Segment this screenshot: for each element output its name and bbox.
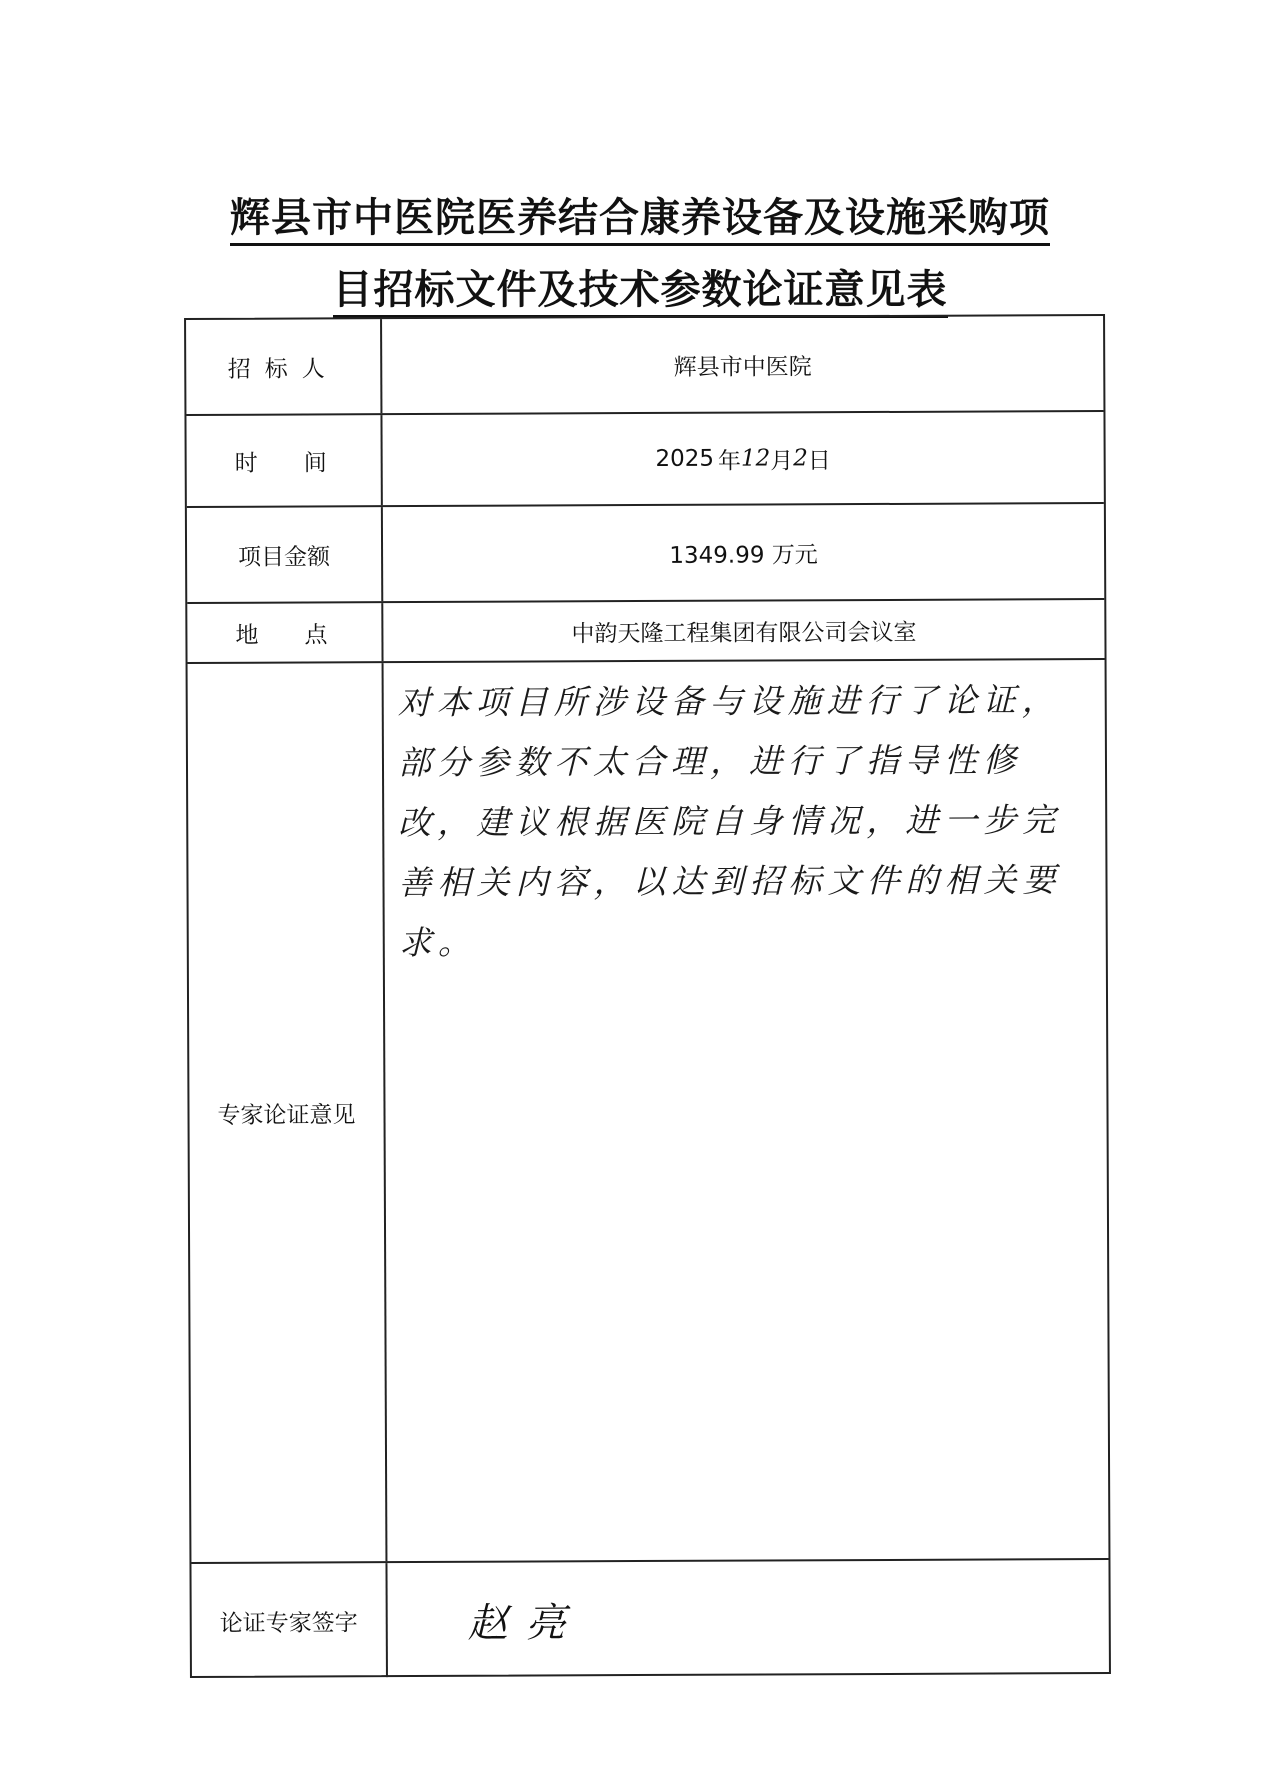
expert-signature: 赵亮 — [387, 1560, 1108, 1677]
row-location: 地点 中韵天隆工程集团有限公司会议室 — [187, 600, 1104, 664]
value-amount: 1349.99 万元 — [383, 504, 1104, 601]
handwritten-opinion: 对本项目所涉设备与设施进行了论证，部分参数不太合理，进行了指导性修改，建议根据医… — [398, 670, 1096, 973]
value-location: 中韵天隆工程集团有限公司会议室 — [383, 600, 1104, 661]
row-time: 时间 2025 年 12 月 2 日 — [186, 412, 1103, 508]
date-month: 12 — [741, 445, 770, 471]
document-title-line-2: 目招标文件及技术参数论证意见表 — [0, 258, 1280, 315]
opinion-table: 招标人 辉县市中医院 时间 2025 年 12 月 2 日 项目金额 1349.… — [184, 314, 1111, 1678]
value-tenderer: 辉县市中医院 — [382, 316, 1103, 413]
label-location: 地点 — [187, 603, 383, 662]
label-amount: 项目金额 — [187, 507, 383, 602]
label-signature: 论证专家签字 — [191, 1563, 387, 1678]
row-expert-opinion: 专家论证意见 对本项目所涉设备与设施进行了论证，部分参数不太合理，进行了指导性修… — [188, 660, 1109, 1564]
label-time: 时间 — [186, 415, 382, 506]
year-unit: 年 — [718, 442, 741, 475]
row-tenderer: 招标人 辉县市中医院 — [186, 316, 1103, 416]
month-unit: 月 — [770, 442, 793, 475]
value-time: 2025 年 12 月 2 日 — [382, 412, 1103, 505]
title-text-2: 目招标文件及技术参数论证意见表 — [333, 266, 948, 318]
row-signature: 论证专家签字 赵亮 — [191, 1560, 1108, 1678]
document-title-line-1: 辉县市中医院医养结合康养设备及设施采购项 — [0, 186, 1280, 243]
date-day: 2 — [793, 445, 808, 471]
expert-opinion-area: 对本项目所涉设备与设施进行了论证，部分参数不太合理，进行了指导性修改，建议根据医… — [384, 660, 1109, 1561]
title-text-1: 辉县市中医院医养结合康养设备及设施采购项 — [230, 194, 1050, 246]
label-tenderer: 招标人 — [186, 319, 382, 414]
row-amount: 项目金额 1349.99 万元 — [187, 504, 1104, 604]
day-unit: 日 — [808, 442, 831, 475]
label-expert-opinion: 专家论证意见 — [188, 663, 388, 1562]
date-year: 2025 — [655, 446, 714, 472]
